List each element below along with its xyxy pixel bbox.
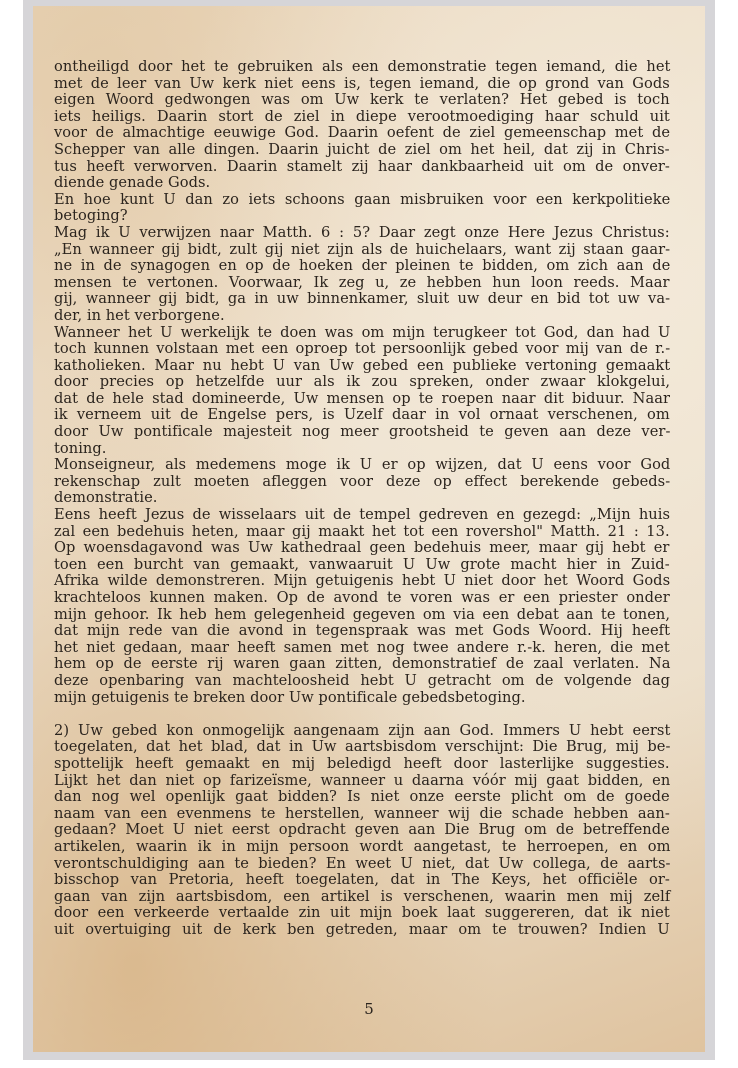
text-line: met de leer van Uw kerk niet eens is, te…: [54, 76, 670, 93]
text-line: En hoe kunt U dan zo iets schoons gaan m…: [54, 192, 670, 209]
text-line: mensen te vertonen. Voorwaar, Ik zeg u, …: [54, 275, 670, 292]
text-line: krachteloos kunnen maken. Op de avond te…: [54, 590, 670, 607]
text-line: dan nog wel openlijk gaat bidden? Is nie…: [54, 789, 670, 806]
text-line: Mag ik U verwijzen naar Matth. 6 : 5? Da…: [54, 225, 670, 242]
paragraph: En hoe kunt U dan zo iets schoons gaan m…: [54, 192, 670, 225]
body-text: ontheiligd door het te gebruiken als een…: [54, 59, 670, 938]
text-line: hem op de eerste rij waren gaan zitten, …: [54, 656, 670, 673]
text-line: zal een bedehuis heten, maar gij maakt h…: [54, 524, 670, 541]
text-line: door Uw pontificale majesteit nog meer g…: [54, 424, 670, 441]
text-line: Monseigneur, als medemens moge ik U er o…: [54, 457, 670, 474]
text-line: ontheiligd door het te gebruiken als een…: [54, 59, 670, 76]
text-line: door een verkeerde vertaalde zin uit mij…: [54, 905, 670, 922]
text-line: mijn getuigenis te breken door Uw pontif…: [54, 690, 670, 707]
text-line: toegelaten, dat het blad, dat in Uw aart…: [54, 739, 670, 756]
book-page: ontheiligd door het te gebruiken als een…: [33, 6, 705, 1052]
paragraph: Wanneer het U werkelijk te doen was om m…: [54, 325, 670, 458]
text-line: gaan van zijn aartsbisdom, een artikel i…: [54, 889, 670, 906]
text-line: Lijkt het dan niet op farizeïsme, wannee…: [54, 773, 670, 790]
paragraph: ontheiligd door het te gebruiken als een…: [54, 59, 670, 192]
text-line: voor de almachtige eeuwige God. Daarin o…: [54, 125, 670, 142]
text-line: „En wanneer gij bidt, zult gij niet zijn…: [54, 242, 670, 259]
text-line: Eens heeft Jezus de wisselaars uit de te…: [54, 507, 670, 524]
text-line: ne in de synagogen en op de hoeken der p…: [54, 258, 670, 275]
paragraph: 2) Uw gebed kon onmogelijk aangenaam zij…: [54, 723, 670, 939]
text-line: iets heiligs. Daarin stort de ziel in di…: [54, 109, 670, 126]
text-line: dat mijn rede van die avond in tegenspra…: [54, 623, 670, 640]
text-line: Afrika wilde demonstreren. Mijn getuigen…: [54, 573, 670, 590]
text-line: spottelijk heeft gemaakt en mij beledigd…: [54, 756, 670, 773]
text-line: toning.: [54, 441, 670, 458]
text-line: Op woensdagavond was Uw kathedraal geen …: [54, 540, 670, 557]
text-line: Schepper van alle dingen. Daarin juicht …: [54, 142, 670, 159]
text-line: eigen Woord gedwongen was om Uw kerk te …: [54, 92, 670, 109]
text-line: diende genade Gods.: [54, 175, 670, 192]
paragraph: Mag ik U verwijzen naar Matth. 6 : 5? Da…: [54, 225, 670, 325]
text-line: naam van een evenmens te herstellen, wan…: [54, 806, 670, 823]
text-line: betoging?: [54, 208, 670, 225]
paragraph: Eens heeft Jezus de wisselaars uit de te…: [54, 507, 670, 706]
text-line: toch kunnen volstaan met een oproep tot …: [54, 341, 670, 358]
text-line: katholieken. Maar nu hebt U van Uw gebed…: [54, 358, 670, 375]
text-line: tus heeft verworven. Daarin stamelt zij …: [54, 159, 670, 176]
text-line: 2) Uw gebed kon onmogelijk aangenaam zij…: [54, 723, 670, 740]
text-line: het niet gedaan, maar heeft samen met no…: [54, 640, 670, 657]
paragraph: Monseigneur, als medemens moge ik U er o…: [54, 457, 670, 507]
text-line: door precies op hetzelfde uur als ik zou…: [54, 374, 670, 391]
text-line: der, in het verborgene.: [54, 308, 670, 325]
text-line: deze openbaring van machteloosheid hebt …: [54, 673, 670, 690]
text-line: gij, wanneer gij bidt, ga in uw binnenka…: [54, 291, 670, 308]
page-number: 5: [33, 1000, 705, 1018]
text-line: artikelen, waarin ik in mijn persoon wor…: [54, 839, 670, 856]
text-line: uit overtuiging uit de kerk ben getreden…: [54, 922, 670, 939]
text-line: mijn gehoor. Ik heb hem gelegenheid gege…: [54, 607, 670, 624]
text-line: ik verneem uit de Engelse pers, is Uzelf…: [54, 407, 670, 424]
text-line: Wanneer het U werkelijk te doen was om m…: [54, 325, 670, 342]
text-line: verontschuldiging aan te bieden? En weet…: [54, 856, 670, 873]
text-line: rekenschap zult moeten afleggen voor dez…: [54, 474, 670, 491]
text-line: toen een burcht van gemaakt, vanwaaruit …: [54, 557, 670, 574]
text-line: gedaan? Moet U niet eerst opdracht geven…: [54, 822, 670, 839]
text-line: demonstratie.: [54, 490, 670, 507]
text-line: dat de hele stad domineerde, Uw mensen o…: [54, 391, 670, 408]
paragraph-gap: [54, 706, 670, 723]
text-line: bisschop van Pretoria, heeft toegelaten,…: [54, 872, 670, 889]
